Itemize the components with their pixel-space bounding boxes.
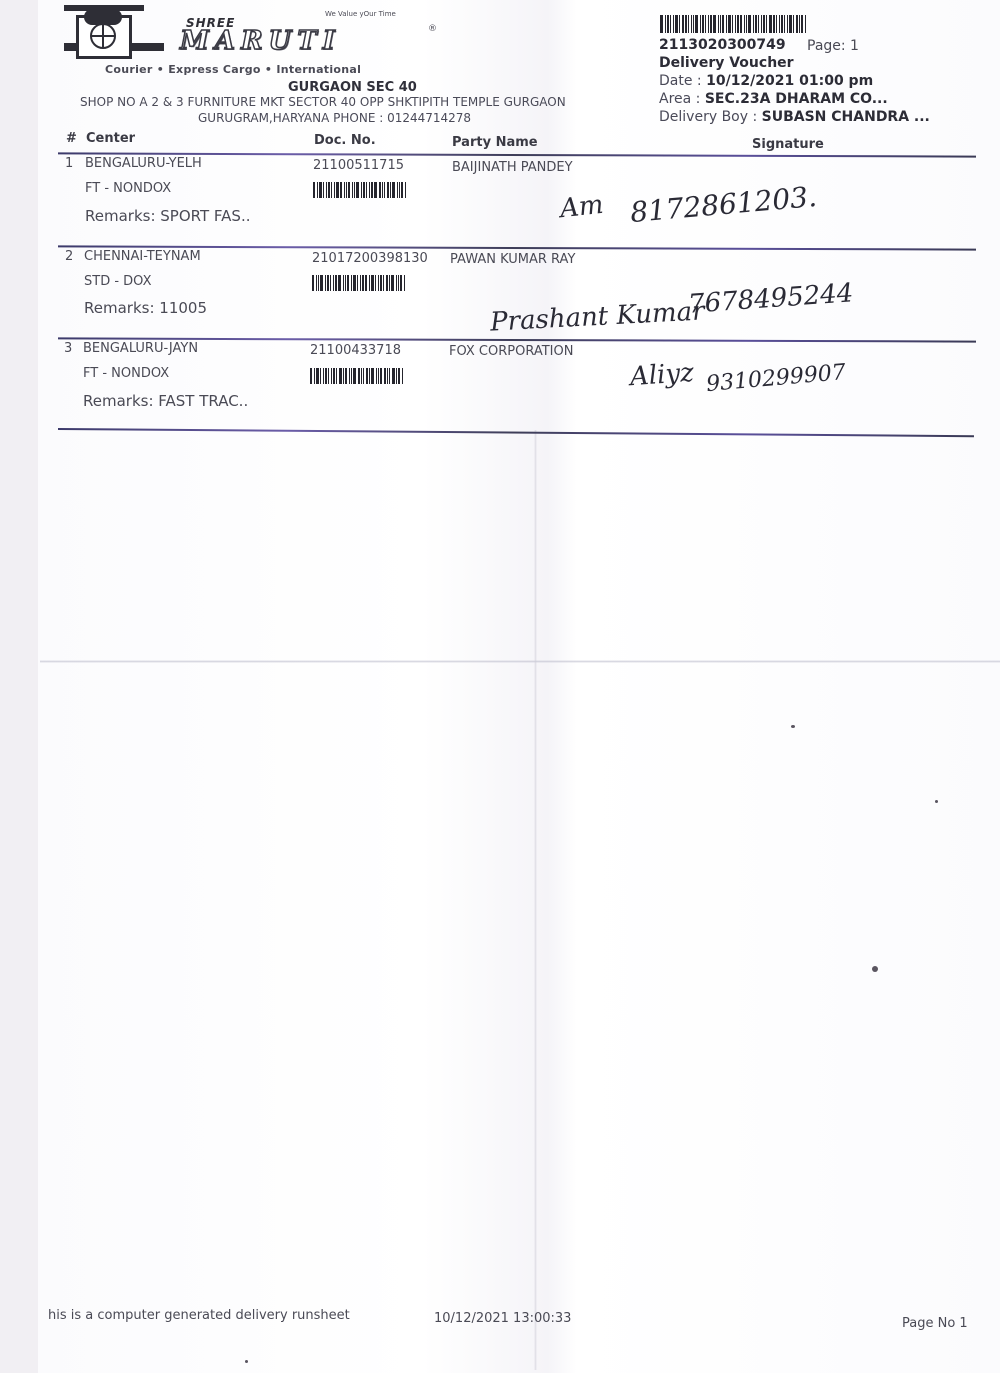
row-remarks: Remarks: SPORT FAS..: [85, 207, 250, 225]
row-center: CHENNAI-TEYNAM: [84, 249, 201, 264]
courier-logo-icon: [64, 5, 164, 55]
row-service: STD - DOX: [84, 274, 151, 289]
voucher-delivery-boy: Delivery Boy : SUBASN CHANDRA ...: [659, 109, 930, 125]
paper-fold-horizontal: [40, 660, 1000, 663]
scan-left-edge: [0, 0, 38, 1373]
scan-speck: [935, 800, 938, 803]
row-number: 2: [65, 249, 73, 264]
footer-note: his is a computer generated delivery run…: [48, 1308, 350, 1323]
scan-speck: [791, 725, 795, 728]
voucher-number: 2113020300749: [659, 37, 786, 53]
voucher-page: Page: 1: [807, 38, 859, 54]
row-doc-no: 21017200398130: [312, 251, 428, 266]
row-number: 1: [65, 156, 73, 171]
handwritten-signature: Aliyz: [629, 358, 695, 392]
column-header-doc-no: Doc. No.: [314, 133, 376, 148]
company-name: MARUTI: [180, 26, 341, 56]
document-title: Delivery Voucher: [659, 55, 794, 71]
branch-address-line1: SHOP NO A 2 & 3 FURNITURE MKT SECTOR 40 …: [80, 95, 566, 109]
row-remarks: Remarks: FAST TRAC..: [83, 392, 248, 410]
date-label: Date :: [659, 73, 702, 89]
row-barcode: [312, 275, 406, 291]
column-header-signature: Signature: [752, 137, 824, 152]
row-number: 3: [64, 341, 72, 356]
company-tagline: We Value yOur Time: [325, 10, 396, 18]
column-header-party-name: Party Name: [452, 135, 538, 150]
branch-address-line2: GURUGRAM,HARYANA PHONE : 01244714278: [198, 111, 471, 125]
row-doc-no: 21100511715: [313, 158, 404, 173]
delivery-boy-label: Delivery Boy :: [659, 109, 757, 125]
voucher-date: Date : 10/12/2021 01:00 pm: [659, 73, 873, 89]
row-remarks: Remarks: 11005: [84, 299, 207, 317]
row-service: FT - NONDOX: [83, 366, 169, 381]
row-barcode: [313, 182, 407, 198]
row-party-name: FOX CORPORATION: [449, 344, 573, 359]
row-center: BENGALURU-YELH: [85, 156, 202, 171]
voucher-area: Area : SEC.23A DHARAM CO...: [659, 91, 888, 107]
row-party-name: BAIJINATH PANDEY: [452, 160, 573, 175]
registered-mark: ®: [428, 24, 437, 34]
runsheet-paper: [38, 0, 1000, 1373]
paper-fold-vertical: [534, 430, 537, 1370]
row-service: FT - NONDOX: [85, 181, 171, 196]
voucher-barcode: [660, 15, 807, 33]
date-value: 10/12/2021 01:00 pm: [706, 73, 873, 89]
delivery-boy-value: SUBASN CHANDRA ...: [762, 109, 930, 125]
row-center: BENGALURU-JAYN: [83, 341, 198, 356]
scan-speck: [872, 966, 878, 972]
column-header-num: #: [66, 131, 77, 146]
handwritten-signature: Am: [559, 190, 605, 224]
row-doc-no: 21100433718: [310, 343, 401, 358]
company-services: Courier • Express Cargo • International: [105, 63, 361, 76]
footer-timestamp: 10/12/2021 13:00:33: [434, 1311, 571, 1326]
row-barcode: [310, 368, 404, 384]
branch-name: GURGAON SEC 40: [288, 80, 417, 95]
row-party-name: PAWAN KUMAR RAY: [450, 252, 575, 267]
footer-page-number: Page No 1: [902, 1316, 968, 1331]
area-label: Area :: [659, 91, 700, 107]
area-value: SEC.23A DHARAM CO...: [705, 91, 888, 107]
column-header-center: Center: [86, 131, 135, 146]
scan-speck: [245, 1360, 248, 1363]
